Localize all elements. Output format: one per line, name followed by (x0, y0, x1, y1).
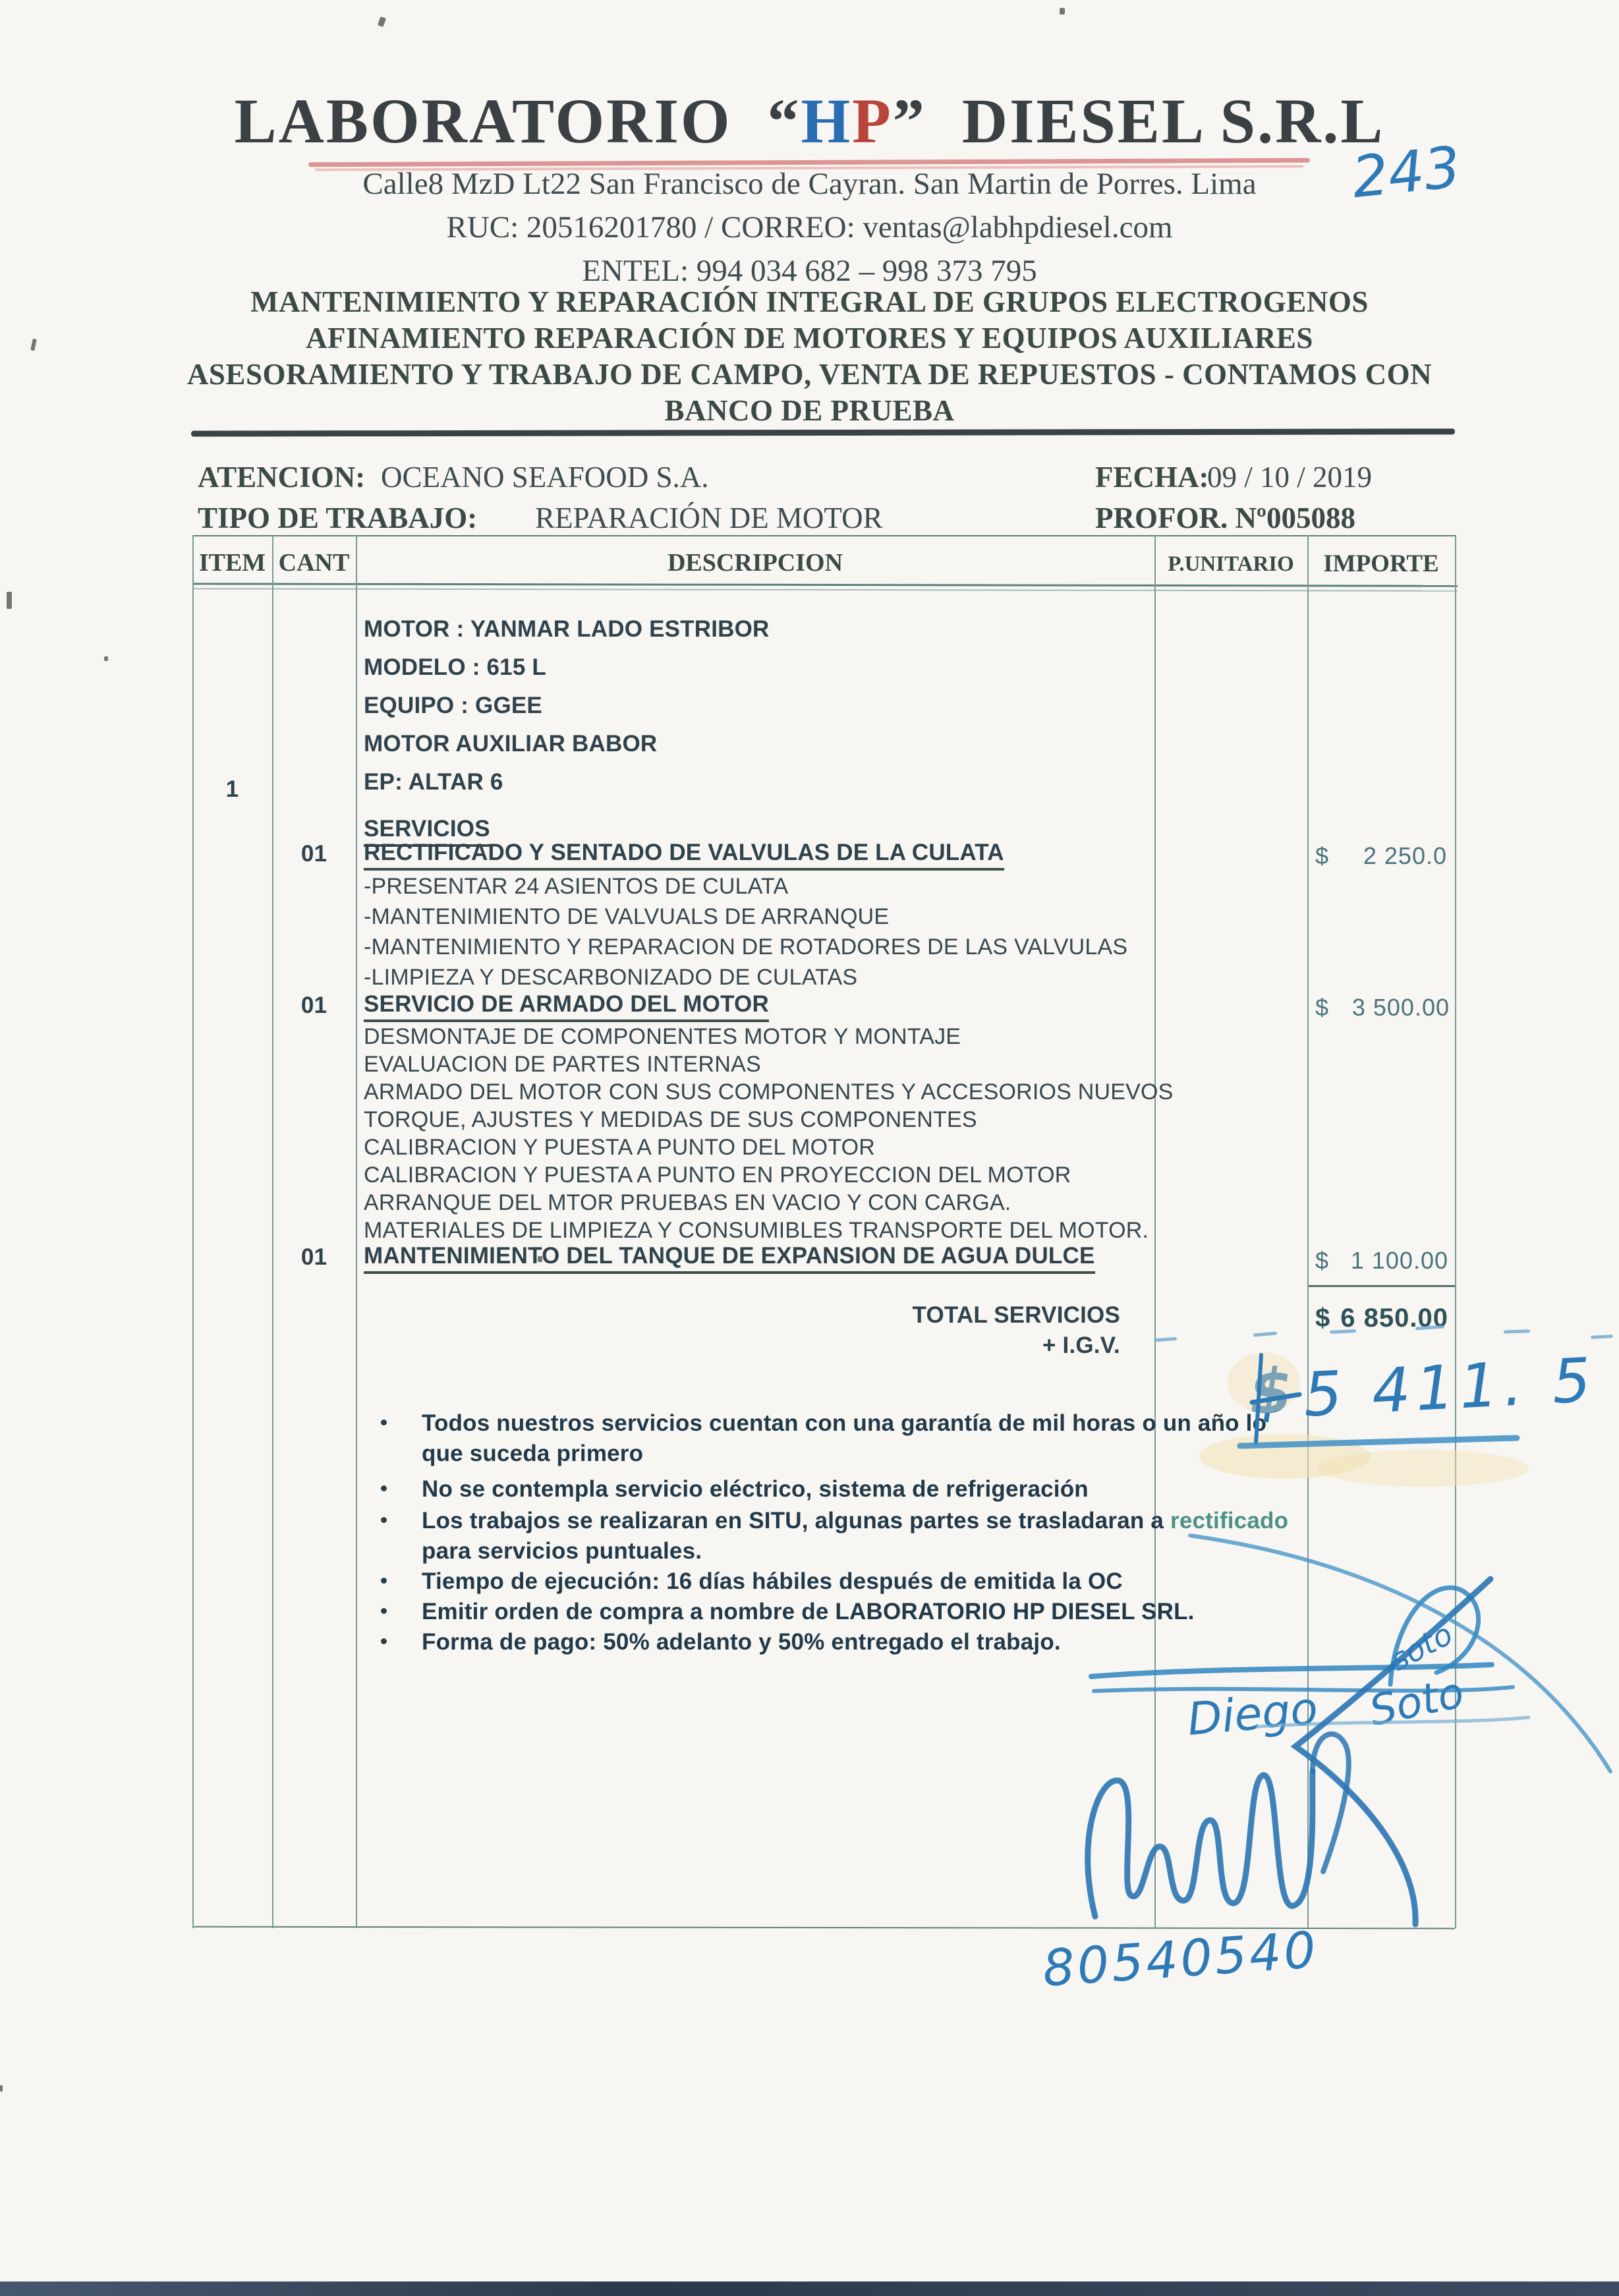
scan-speck (0, 2085, 3, 2092)
signature-scribble (1313, 1734, 1349, 1872)
handwritten-name-small: soto (1384, 1616, 1458, 1678)
currency-symbol: $ (1315, 842, 1329, 870)
service-title: SERVICIO DE ARMADO DEL MOTOR (364, 991, 769, 1022)
handwritten-currency: $ (1248, 1356, 1293, 1429)
signature-diagonal-stroke (1295, 1579, 1491, 1924)
col-header-item: ITEM (192, 548, 272, 577)
col-divider-cant-desc (356, 535, 357, 1928)
company-ruc-email: RUC: 20516201780 / CORREO: ventas@labhpd… (0, 210, 1619, 245)
scan-speck (378, 16, 386, 27)
service-detail: CALIBRACION Y PUESTA A PUNTO EN PROYECCI… (364, 1162, 1071, 1188)
item-qty: 01 (272, 992, 356, 1019)
table-header-underline (192, 583, 1458, 587)
total-servicios-label: TOTAL SERVICIOS (725, 1302, 1120, 1329)
services-tagline-2: AFINAMIENTO REPARACIÓN DE MOTORES Y EQUI… (0, 321, 1619, 355)
note-line: que suceda primero (422, 1441, 643, 1467)
service-detail: CALIBRACION Y PUESTA A PUNTO DEL MOTOR (364, 1135, 875, 1161)
importe-cell: $ 3 500.00 (1315, 994, 1455, 1021)
bullet-dot (381, 1638, 387, 1644)
note-line: Todos nuestros servicios cuentan con una… (422, 1410, 1266, 1437)
note-line: Emitir orden de compra a nombre de LABOR… (422, 1599, 1195, 1625)
handwritten-last-name: Soto (1365, 1669, 1468, 1736)
pen-dash (1591, 1335, 1613, 1339)
fecha-value: 09 / 10 / 2019 (1207, 460, 1372, 494)
bullet-dot (381, 1608, 387, 1614)
igv-label: + I.G.V. (725, 1333, 1120, 1359)
company-phones: ENTEL: 994 034 682 – 998 373 795 (0, 253, 1619, 289)
col-divider-item-cant (272, 535, 273, 1928)
signature-scribble (1088, 1771, 1313, 1916)
col-header-punitario: P.UNITARIO (1154, 552, 1307, 577)
motor-info-line: MODELO : 615 L (364, 654, 546, 681)
services-tagline-1: MANTENIMIENTO Y REPARACIÓN INTEGRAL DE G… (0, 285, 1619, 319)
note-segment: Los trabajos se realizaran en SITU, algu… (422, 1508, 1170, 1534)
importe-value: 2 250.0 (1363, 842, 1455, 870)
profor-label: PROFOR. Nº (1095, 501, 1266, 535)
note-highlight-rectificado: rectificado (1170, 1508, 1288, 1534)
company-title-h: H (801, 86, 852, 156)
col-divider-desc-punit (1154, 535, 1156, 1928)
company-title-p: P (852, 86, 893, 156)
motor-info-line: EP: ALTAR 6 (364, 769, 503, 795)
service-detail: -PRESENTAR 24 ASIENTOS DE CULATA (364, 874, 788, 900)
company-title-word2: DIESEL S.R.L (962, 86, 1385, 156)
note-line: para servicios puntuales. (422, 1538, 702, 1564)
bullet-dot (381, 1517, 387, 1523)
paper-smudge (1199, 1434, 1371, 1479)
motor-info-line: MOTOR : YANMAR LADO ESTRIBOR (364, 616, 770, 643)
importe-cell: $ 2 250.0 (1315, 842, 1455, 870)
pen-dash (1253, 1331, 1277, 1336)
paper-smudge (1318, 1450, 1529, 1487)
services-tagline-3: ASESORAMIENTO Y TRABAJO DE CAMPO, VENTA … (0, 357, 1619, 391)
col-header-descripcion: DESCRIPCION (356, 548, 1154, 577)
service-detail: EVALUACION DE PARTES INTERNAS (364, 1052, 761, 1077)
service-detail: -MANTENIMIENTO DE VALVUALS DE ARRANQUE (364, 904, 889, 930)
col-header-importe: IMPORTE (1307, 550, 1455, 578)
bullet-dot (381, 1485, 387, 1491)
table-header-underline-2 (192, 588, 1458, 591)
pen-dash (1154, 1337, 1177, 1342)
motor-info-line: MOTOR AUXILIAR BABOR (364, 731, 657, 757)
handwritten-first-name: Diego (1185, 1683, 1320, 1746)
pen-dash (1504, 1329, 1530, 1333)
scan-speck (1060, 8, 1065, 14)
service-title: MANTENIMIENTO DEL TANQUE DE EXPANSION DE… (364, 1243, 1095, 1274)
table-border-left (192, 535, 194, 1928)
item-qty: 01 (272, 841, 356, 867)
service-detail: -MANTENIMIENTO Y REPARACION DE ROTADORES… (364, 934, 1127, 960)
note-line: Forma de pago: 50% adelanto y 50% entreg… (422, 1629, 1061, 1655)
note-line: Tiempo de ejecución: 16 días hábiles des… (422, 1568, 1123, 1595)
handwritten-amount: 5 411. 5 (1302, 1344, 1598, 1430)
service-detail: DESMONTAJE DE COMPONENTES MOTOR Y MONTAJ… (364, 1024, 961, 1050)
tipo-trabajo-label: TIPO DE TRABAJO: (198, 501, 477, 535)
scan-edge-band (0, 2282, 1619, 2296)
importe-cell: $ 1 100.00 (1315, 1247, 1455, 1275)
item-qty: 01 (272, 1244, 356, 1271)
bullet-dot (381, 1420, 387, 1425)
fecha-label: FECHA: (1095, 460, 1209, 494)
service-detail: -LIMPIEZA Y DESCARBONIZADO DE CULATAS (364, 965, 857, 990)
profor-value: 005088 (1266, 501, 1355, 535)
service-detail: ARRANQUE DEL MTOR PRUEBAS EN VACIO Y CON… (364, 1190, 1011, 1216)
service-title: RECTIFICADO Y SENTADO DE VALVULAS DE LA … (364, 840, 1004, 871)
total-rule (1309, 1285, 1455, 1287)
note-line: No se contempla servicio eléctrico, sist… (422, 1476, 1089, 1503)
tipo-trabajo-value: REPARACIÓN DE MOTOR (535, 501, 883, 535)
scan-speck (7, 592, 12, 609)
service-detail: TORQUE, AJUSTES Y MEDIDAS DE SUS COMPONE… (364, 1107, 977, 1133)
service-detail: MATERIALES DE LIMPIEZA Y CONSUMIBLES TRA… (364, 1218, 1149, 1244)
atencion-label: ATENCION: (198, 460, 365, 494)
motor-info-line: EQUIPO : GGEE (364, 693, 542, 719)
scan-speck (538, 1256, 542, 1262)
amount-underline-stroke (1240, 1438, 1517, 1446)
header-divider-rule (191, 428, 1455, 436)
open-quote: “ (767, 86, 801, 156)
currency-symbol: $ (1315, 1247, 1329, 1275)
close-quote: ” (893, 86, 926, 156)
scan-speck (104, 656, 108, 661)
atencion-value: OCEANO SEAFOOD S.A. (381, 460, 709, 494)
table-border-right (1455, 535, 1456, 1928)
handwritten-page-number: 243 (1349, 134, 1463, 212)
importe-value: 3 500.00 (1352, 994, 1455, 1021)
item-number: 1 (192, 776, 272, 803)
currency-symbol: $ (1315, 1304, 1330, 1333)
importe-value: 1 100.00 (1351, 1247, 1455, 1275)
services-tagline-4: BANCO DE PRUEBA (0, 393, 1619, 428)
note-line: Los trabajos se realizaran en SITU, algu… (422, 1508, 1288, 1534)
company-title-word1: LABORATORIO (235, 86, 732, 156)
handwritten-phone-number: 80540540 (1040, 1920, 1320, 1998)
col-header-cant: CANT (272, 548, 356, 577)
service-detail: ARMADO DEL MOTOR CON SUS COMPONENTES Y A… (364, 1079, 1174, 1105)
table-top-border (192, 535, 1455, 536)
scanned-quotation-document: LABORATORIO “HP” DIESEL S.R.L Calle8 MzD… (0, 0, 1619, 2296)
total-value: 6 850.00 (1340, 1304, 1455, 1333)
bullet-dot (381, 1578, 387, 1584)
currency-symbol: $ (1315, 994, 1329, 1021)
